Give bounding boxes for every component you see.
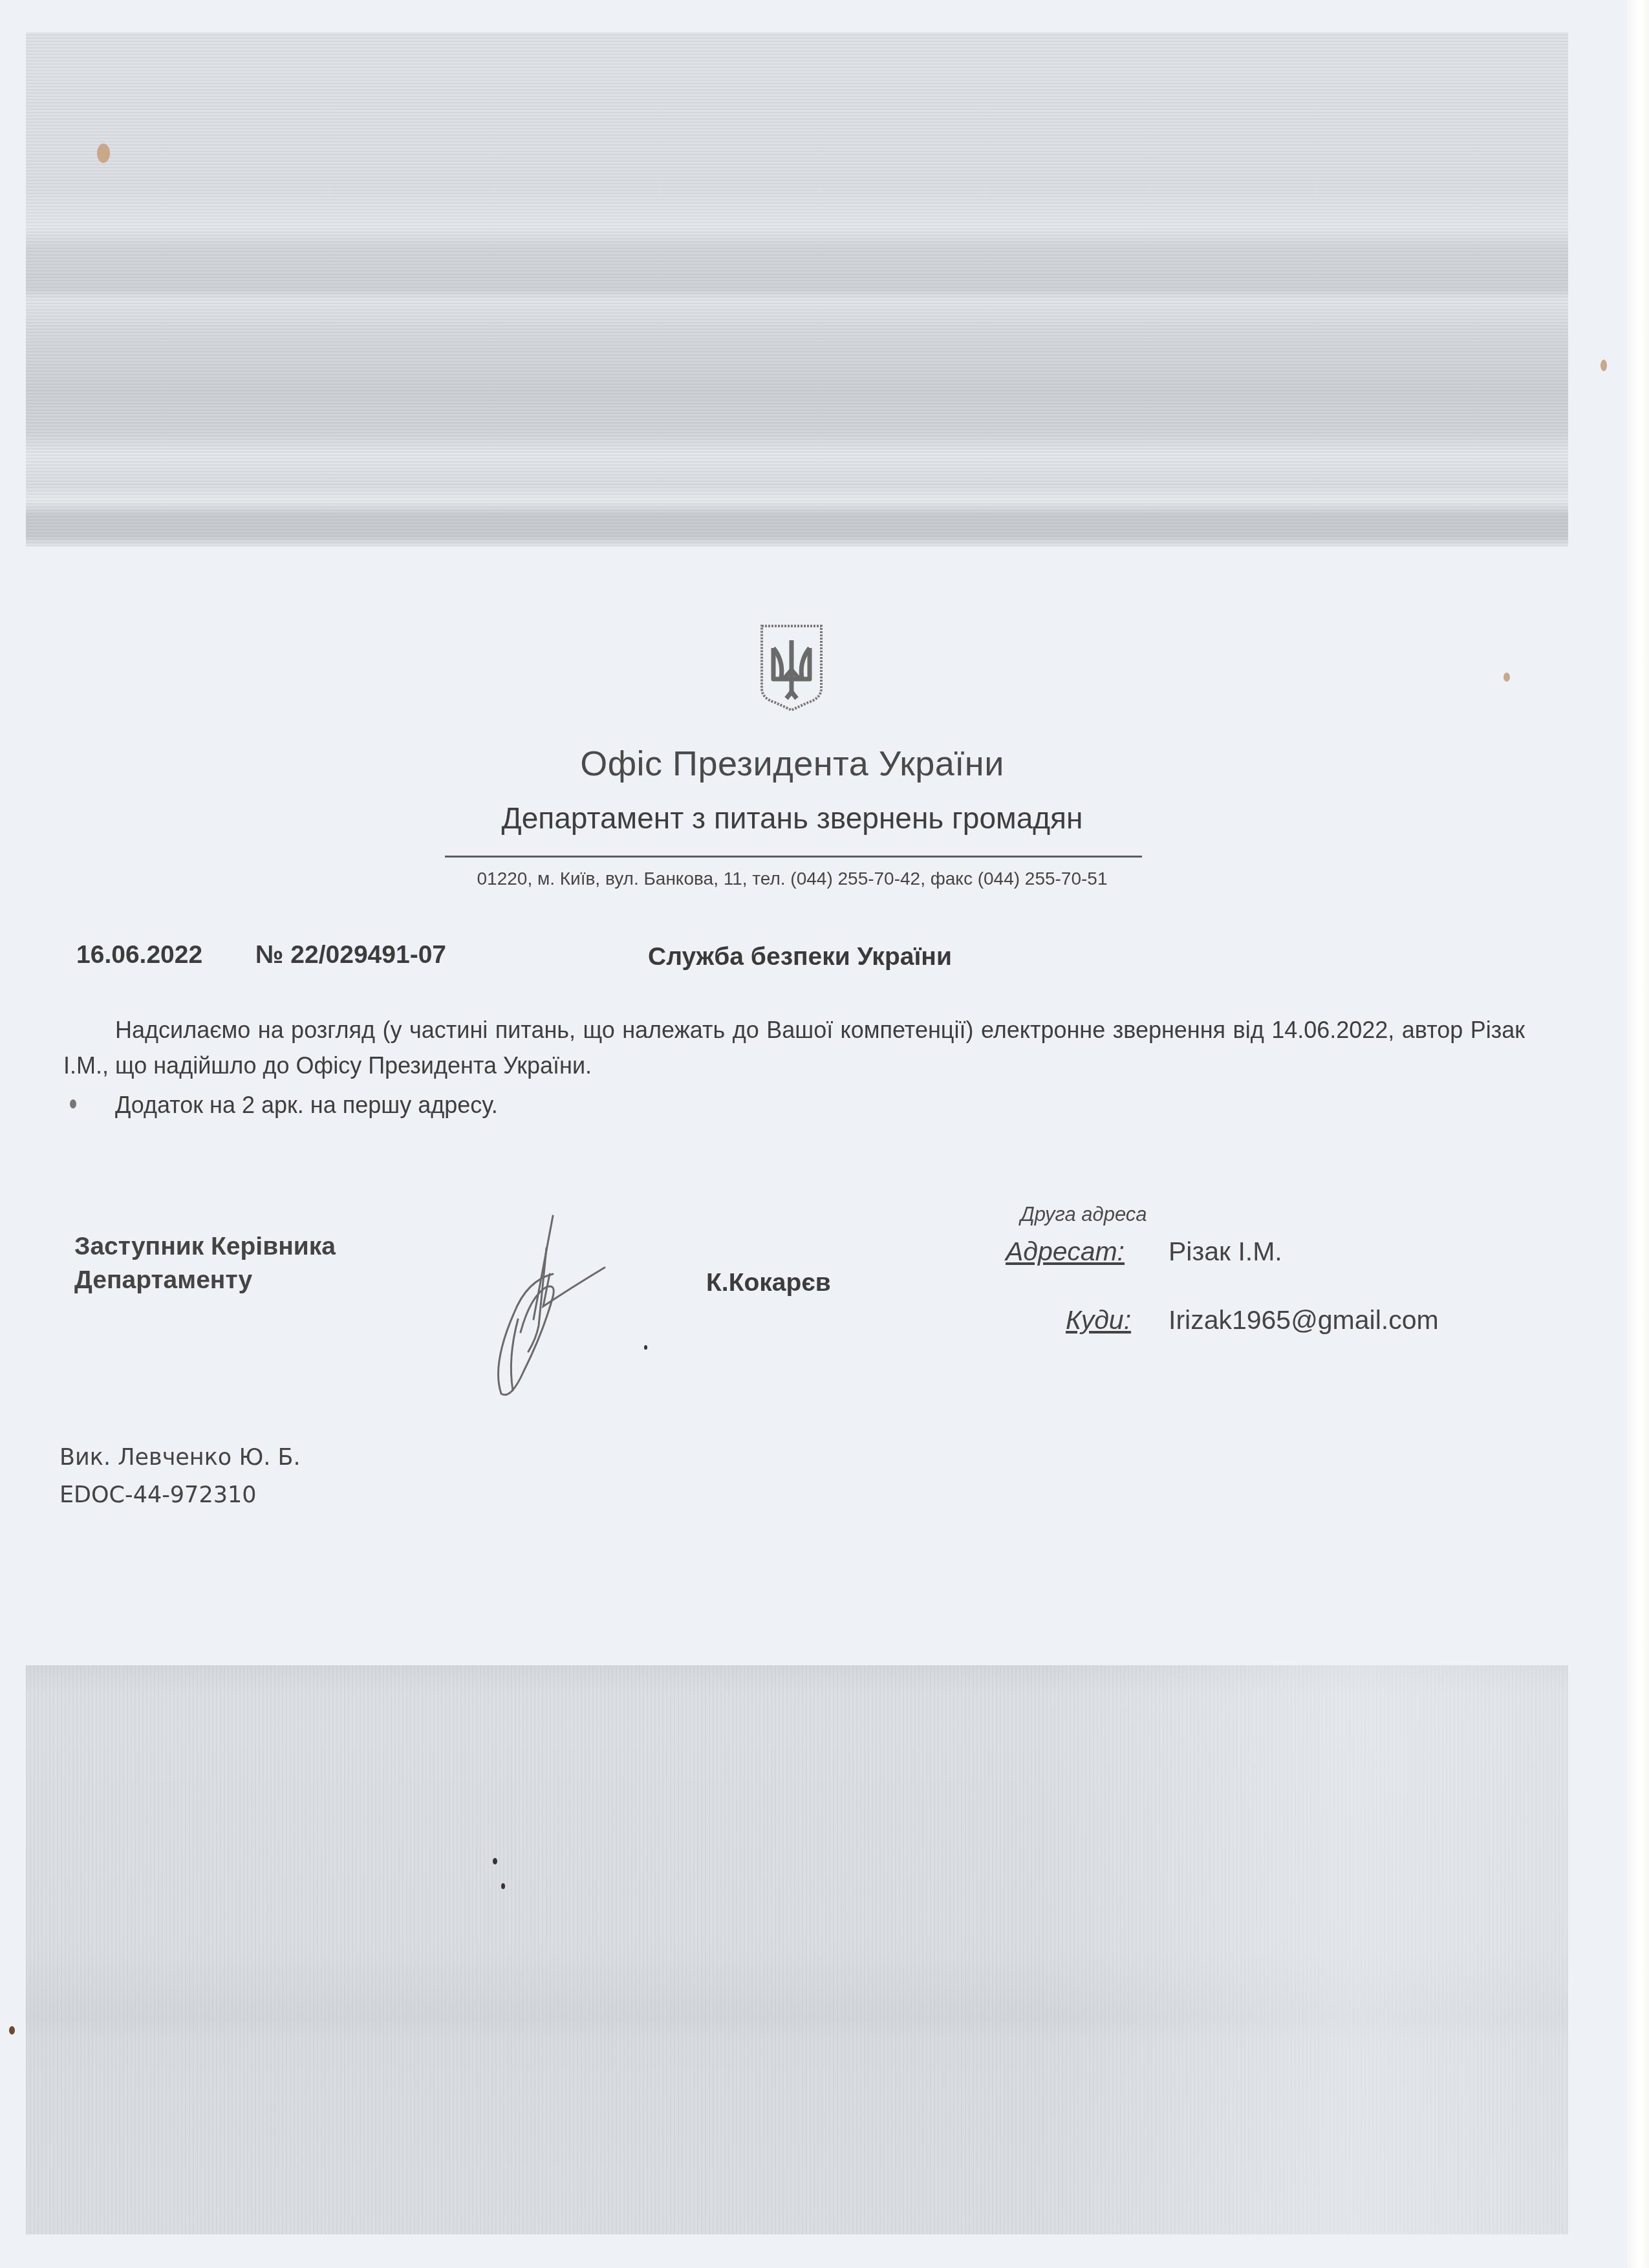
registration-number: № 22/029491-07 [255,941,446,969]
stain-speck [97,144,110,163]
attachment-note: Додаток на 2 арк. на першу адресу. [115,1092,498,1119]
ink-speck [644,1345,647,1350]
registration-date: 16.06.2022 [76,941,202,969]
ink-speck [493,1858,497,1864]
department-title: Департамент з питань звернень громадян [0,801,1584,836]
signer-name: К.Кокарєв [706,1269,831,1297]
addressee-value: Різак І.М. [1169,1237,1282,1267]
gray-toner-band-top [26,32,1568,546]
stain-speck [1503,673,1510,682]
recipient-organization: Служба безпеки України [648,943,952,971]
handwritten-signature-icon [456,1209,624,1403]
coat-of-arms-icon [758,622,825,713]
organization-address: 01220, м. Київ, вул. Банкова, 11, тел. (… [0,869,1584,889]
signer-position-line1: Заступник Керівника [74,1230,336,1264]
letterhead-divider [445,856,1142,858]
destination-email: Irizak1965@gmail.com [1169,1305,1439,1335]
document-id: EDOC-44-972310 [59,1476,301,1514]
stain-speck [1600,360,1607,371]
addressee-label: Адресат: [1006,1237,1125,1267]
executor-name: Вик. Левченко Ю. Б. [59,1439,301,1476]
ink-speck [9,2026,15,2035]
destination-label: Куди: [1066,1305,1131,1335]
letter-body-paragraph: Надсилаємо на розгляд (у частині питань,… [63,1012,1525,1083]
bullet-icon [70,1099,76,1108]
signer-position: Заступник Керівника Департаменту [74,1230,336,1297]
signer-position-line2: Департаменту [74,1264,336,1297]
second-address-label: Друга адреса [1020,1203,1147,1226]
page-edge [1627,0,1649,2268]
gray-toner-band-bottom [26,1665,1568,2234]
executor-block: Вик. Левченко Ю. Б. EDOC-44-972310 [59,1439,301,1514]
ink-speck [501,1883,505,1889]
organization-title: Офіс Президента України [0,744,1584,784]
